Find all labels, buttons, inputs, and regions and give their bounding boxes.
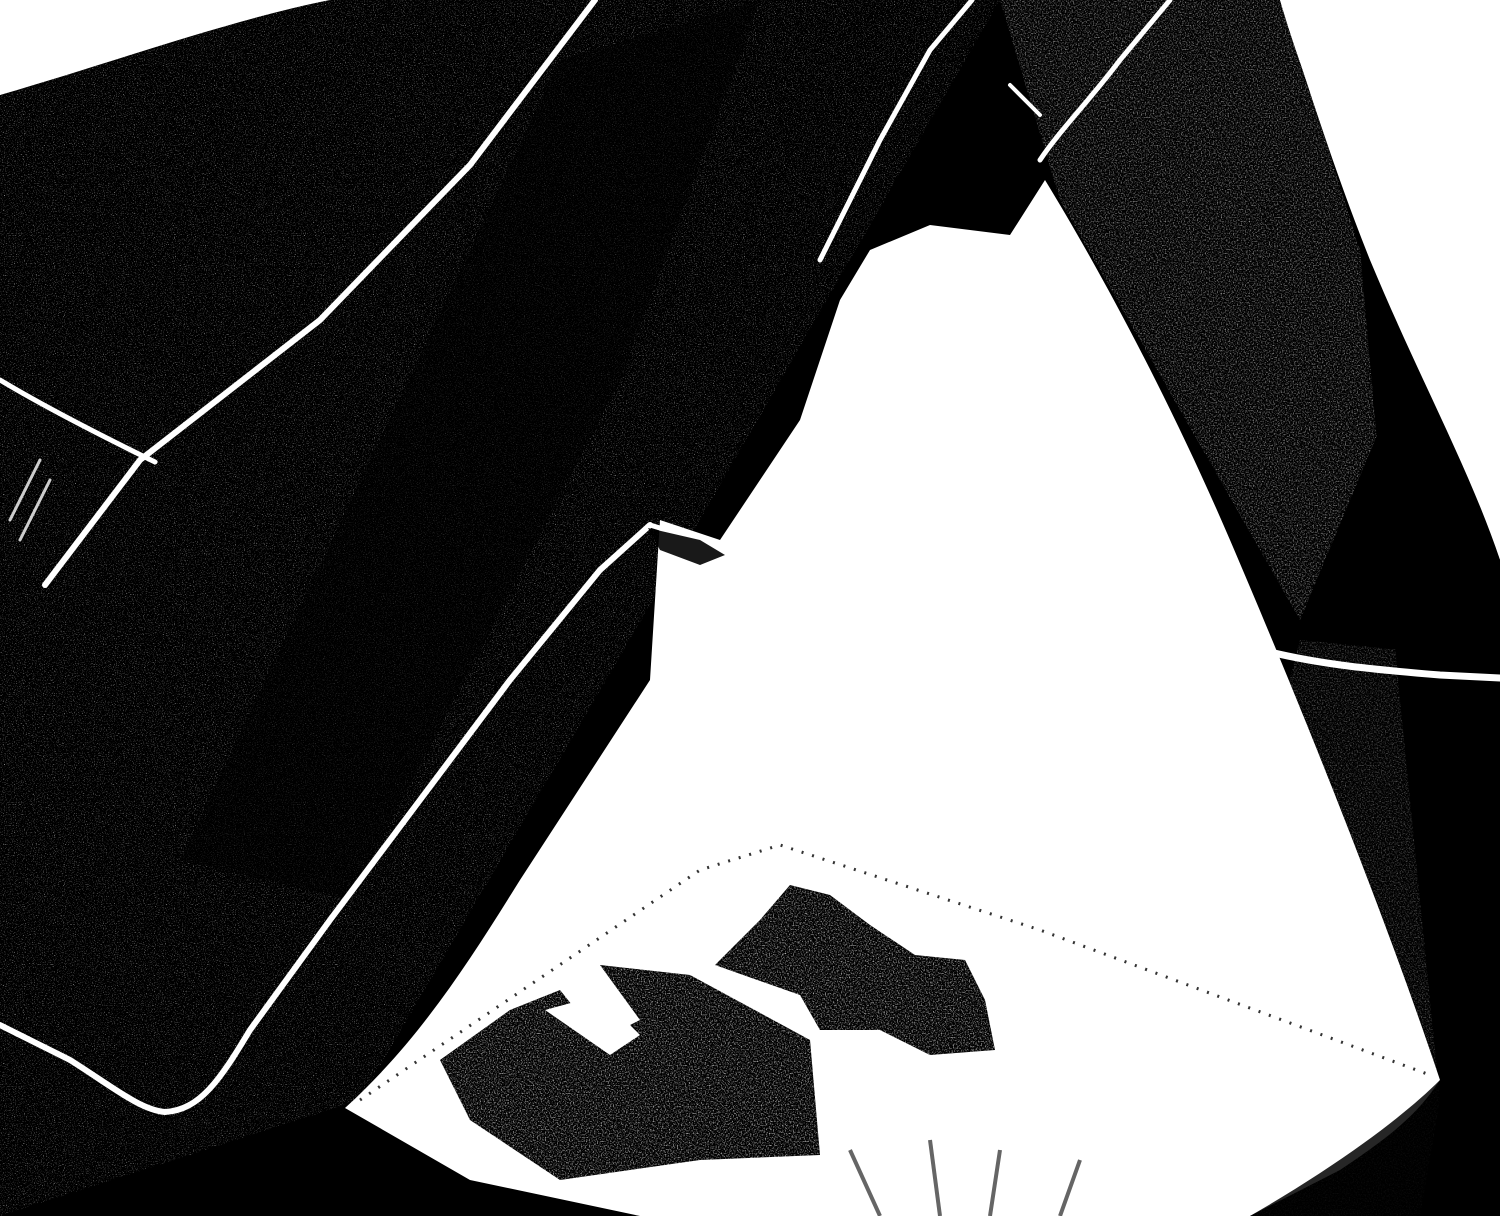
abstract-print-artwork	[0, 0, 1500, 1216]
